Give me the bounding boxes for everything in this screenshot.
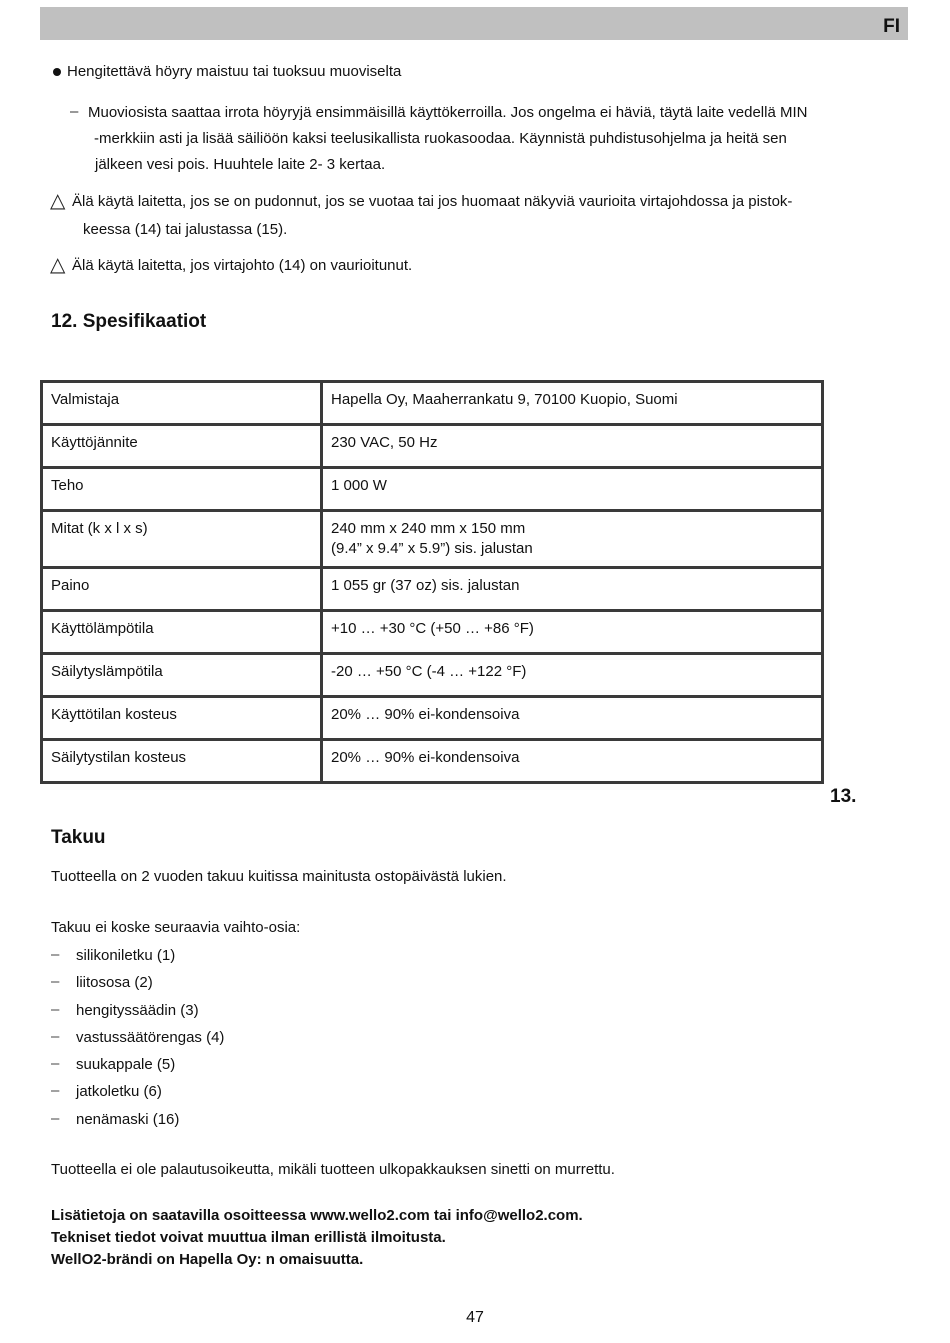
spec-label: Säilytystilan kosteus	[42, 740, 322, 783]
footer-disclaimer-line: Tekniset tiedot voivat muuttua ilman eri…	[51, 1229, 446, 1247]
troubleshooting-title: Hengitettävä höyry maistuu tai tuoksuu m…	[67, 63, 401, 81]
dash-icon: –	[70, 103, 78, 120]
warning-1-line-1: Älä käytä laitetta, jos se on pudonnut, …	[72, 193, 792, 211]
footer-trademark-line: WellO2-brändi on Hapella Oy: n omaisuutt…	[51, 1251, 363, 1269]
warning-2-line-1: Älä käytä laitetta, jos virtajohto (14) …	[72, 257, 412, 275]
spec-label: Säilytyslämpötila	[42, 654, 322, 697]
warning-triangle-icon: △	[50, 191, 65, 211]
spec-value: 20% … 90% ei-kondensoiva	[322, 697, 823, 740]
list-item: silikoniletku (1)	[76, 947, 175, 965]
table-row: Teho 1 000 W	[42, 468, 823, 511]
dash-icon: –	[51, 946, 59, 963]
table-row: Käyttölämpötila +10 … +30 °C (+50 … +86 …	[42, 611, 823, 654]
spec-value-line-1: 240 mm x 240 mm x 150 mm	[331, 519, 813, 539]
warranty-exclusions-title: Takuu ei koske seuraavia vaihto-osia:	[51, 919, 300, 937]
dash-icon: –	[51, 1001, 59, 1018]
table-row: Paino 1 055 gr (37 oz) sis. jalustan	[42, 568, 823, 611]
spec-label: Käyttölämpötila	[42, 611, 322, 654]
list-item: liitososa (2)	[76, 974, 153, 992]
table-row: Säilytyslämpötila -20 … +50 °C (-4 … +12…	[42, 654, 823, 697]
section-heading-specifications: 12. Spesifikaatiot	[51, 311, 206, 333]
dash-icon: –	[51, 1110, 59, 1127]
spec-value: 230 VAC, 50 Hz	[322, 425, 823, 468]
table-row: Säilytystilan kosteus 20% … 90% ei-konde…	[42, 740, 823, 783]
list-item: suukappale (5)	[76, 1056, 175, 1074]
warning-triangle-icon: △	[50, 255, 65, 275]
bullet-icon	[53, 68, 61, 76]
spec-label: Valmistaja	[42, 382, 322, 425]
spec-label: Käyttöjännite	[42, 425, 322, 468]
table-row: Mitat (k x l x s) 240 mm x 240 mm x 150 …	[42, 511, 823, 568]
spec-value: 240 mm x 240 mm x 150 mm (9.4” x 9.4” x …	[322, 511, 823, 568]
spec-value: 1 000 W	[322, 468, 823, 511]
return-policy: Tuotteella ei ole palautusoikeutta, mikä…	[51, 1161, 615, 1179]
spec-value: 1 055 gr (37 oz) sis. jalustan	[322, 568, 823, 611]
specifications-table: Valmistaja Hapella Oy, Maaherrankatu 9, …	[40, 380, 824, 784]
list-item: jatkoletku (6)	[76, 1083, 162, 1101]
remedy-line-3: jälkeen vesi pois. Huuhtele laite 2- 3 k…	[95, 156, 385, 174]
remedy-line-2: -merkkiin asti ja lisää säiliöön kaksi t…	[94, 130, 787, 148]
list-item: vastussäätörengas (4)	[76, 1029, 224, 1047]
spec-value: Hapella Oy, Maaherrankatu 9, 70100 Kuopi…	[322, 382, 823, 425]
warning-1-line-2: keessa (14) tai jalustassa (15).	[83, 221, 287, 239]
header-bar: FI	[40, 7, 908, 40]
dash-icon: –	[51, 1028, 59, 1045]
page-number: 47	[0, 1309, 950, 1327]
table-row: Valmistaja Hapella Oy, Maaherrankatu 9, …	[42, 382, 823, 425]
spec-value-line-2: (9.4” x 9.4” x 5.9”) sis. jalustan	[331, 539, 813, 559]
list-item: hengityssäädin (3)	[76, 1002, 199, 1020]
spec-label: Paino	[42, 568, 322, 611]
spec-value: +10 … +30 °C (+50 … +86 °F)	[322, 611, 823, 654]
warranty-intro: Tuotteella on 2 vuoden takuu kuitissa ma…	[51, 868, 507, 886]
spec-label: Teho	[42, 468, 322, 511]
table-row: Käyttötilan kosteus 20% … 90% ei-kondens…	[42, 697, 823, 740]
spec-value: -20 … +50 °C (-4 … +122 °F)	[322, 654, 823, 697]
table-row: Käyttöjännite 230 VAC, 50 Hz	[42, 425, 823, 468]
dash-icon: –	[51, 1055, 59, 1072]
spec-label: Mitat (k x l x s)	[42, 511, 322, 568]
list-item: nenämaski (16)	[76, 1111, 179, 1129]
language-code: FI	[883, 16, 900, 38]
remedy-line-1: Muoviosista saattaa irrota höyryjä ensim…	[88, 104, 807, 122]
dash-icon: –	[51, 1082, 59, 1099]
dash-icon: –	[51, 973, 59, 990]
section-number-warranty: 13.	[830, 786, 856, 808]
footer-info-line: Lisätietoja on saatavilla osoitteessa ww…	[51, 1207, 583, 1225]
spec-value: 20% … 90% ei-kondensoiva	[322, 740, 823, 783]
spec-label: Käyttötilan kosteus	[42, 697, 322, 740]
section-heading-warranty: Takuu	[51, 827, 106, 849]
